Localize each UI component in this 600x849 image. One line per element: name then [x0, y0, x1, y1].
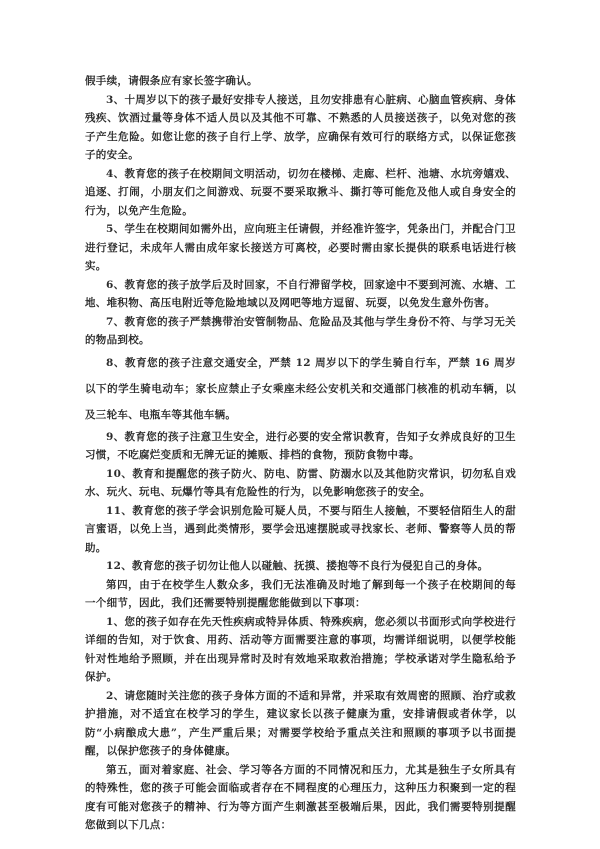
paragraph-item-8: 8、教育您的孩子注意交通安全，严禁 12 周岁以下的学生骑自行车，严禁 16 周… [85, 350, 516, 428]
paragraph-item-9: 9、教育您的孩子注意卫生安全，进行必要的安全常识教育，告知子女养成良好的卫生习惯… [85, 428, 516, 465]
paragraph-item-11: 11、教育您的孩子学会识别危险可疑人员，不要与陌生人接触，不要轻信陌生人的甜言蜜… [85, 502, 516, 558]
paragraph-item-6: 6、教育您的孩子放学后及时回家，不自行滞留学校，回家途中不要到河流、水塘、工地、… [85, 276, 516, 313]
paragraph-item-12: 12、教育您的孩子切勿让他人以碰触、抚摸、搂抱等不良行为侵犯自己的身体。 [85, 557, 516, 576]
paragraph-section-five: 第五，面对着家庭、社会、学习等各方面的不同情况和压力，尤其是独生子女所具有的特殊… [85, 761, 516, 835]
paragraph-section-four-item-2: 2、请您随时关注您的孩子身体方面的不适和异常，并采取有效周密的照顾、治疗或救护措… [85, 687, 516, 761]
paragraph-section-four-item-1: 1、您的孩子如存在先天性疾病或特异体质、特殊疾病，您必须以书面形式向学校进行详细… [85, 613, 516, 687]
paragraph-continuation: 假手续，请假条应有家长签字确认。 [85, 72, 516, 91]
page-number: 13 [0, 782, 600, 792]
paragraph-item-5: 5、学生在校期间如需外出，应向班主任请假，并经准许签字，凭条出门，并配合门卫进行… [85, 220, 516, 276]
paragraph-item-4: 4、教育您的孩子在校期间文明活动，切勿在楼梯、走廊、栏杆、池塘、水坑旁嬉戏、追逐… [85, 165, 516, 221]
paragraph-item-7: 7、教育您的孩子严禁携带治安管制物品、危险品及其他与学生身份不符、与学习无关的物… [85, 313, 516, 350]
paragraph-item-3: 3、十周岁以下的孩子最好安排专人接送，且勿安排患有心脏病、心脑血管疾病、身体残疾… [85, 91, 516, 165]
document-page: 假手续，请假条应有家长签字确认。 3、十周岁以下的孩子最好安排专人接送，且勿安排… [0, 0, 600, 849]
paragraph-section-four: 第四，由于在校学生人数众多，我们无法准确及时地了解到每一个孩子在校期间的每一个细… [85, 576, 516, 613]
paragraph-item-10: 10、教育和提醒您的孩子防火、防电、防雷、防溺水以及其他防灾常识，切勿私自戏水、… [85, 465, 516, 502]
